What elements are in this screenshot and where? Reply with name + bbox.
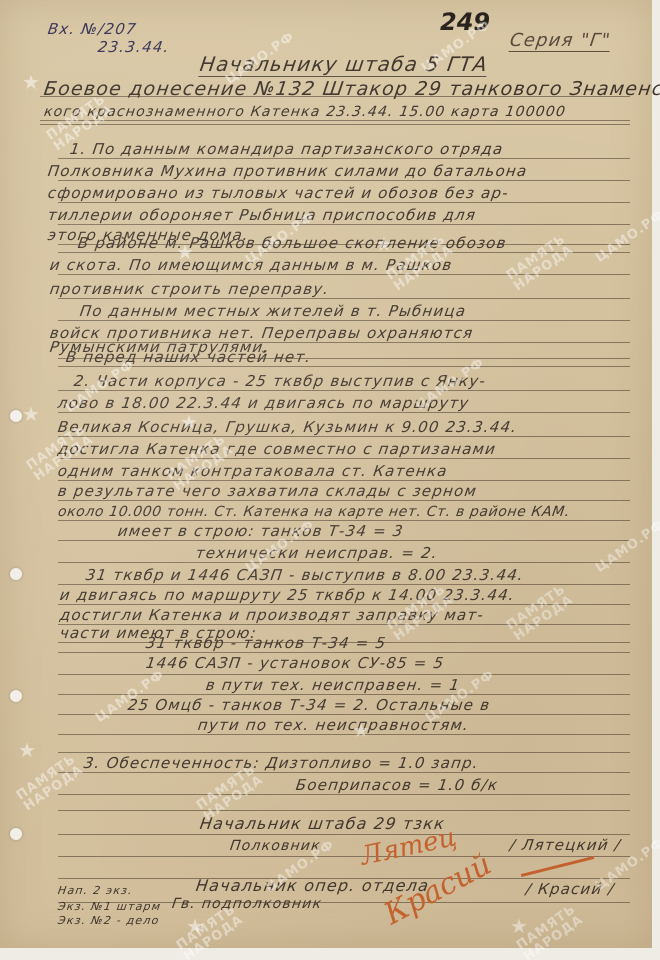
body-line: достигла Катенка где совместно с партиза… [57,440,498,458]
body-line: 31 тквбр и 1446 САЗП - выступив в 8.00 2… [85,566,526,584]
watermark: ЦАМО.РФ [594,208,660,265]
body-line: в пути тех. неисправен. = 1 [205,676,462,694]
star-icon: ★ [352,718,370,742]
ruled-line [40,124,630,125]
chief-of-staff-title: Начальник штаба 29 тзкк [199,814,447,833]
body-line: По данным местных жителей в т. Рыбница [79,302,468,320]
chief-of-staff-name: / Лятецкий / [509,836,623,854]
body-line: Великая Косница, Грушка, Кузьмин к 9.00 … [57,418,519,436]
document-page: Вх. №/207 23.3.44. 249 Серия "Г" Начальн… [0,0,652,948]
star-icon: ★ [22,402,40,426]
body-line: Полковника Мухина противник силами до ба… [47,162,529,180]
punch-hole [10,828,22,840]
body-line: технически неисправ. = 2. [195,544,439,562]
ruled-line [40,96,630,97]
report-title-line2: кого краснознаменного Катенка 23.3.44. 1… [43,104,567,120]
footer-note: Экз. №2 - дело [57,914,160,927]
body-line: в результате чего захватила склады с зер… [57,482,479,500]
body-line: сформировано из тыловых частей и обозов … [47,184,510,202]
body-line: В перед наших частей нет. [65,348,313,366]
incoming-stamp-date: 23.3.44. [97,38,171,56]
punch-hole [10,690,22,702]
watermark: ЦАМО.РФ [594,518,660,575]
body-line: Боеприпасов = 1.0 б/к [295,776,500,794]
body-line: около 10.000 тонн. Ст. Катенка на карте … [57,504,571,520]
body-line: 1446 САЗП - установок СУ-85 = 5 [145,654,446,672]
star-icon: ★ [176,240,194,264]
incoming-stamp-number: Вх. №/207 [47,20,138,38]
ruled-line [40,120,630,121]
series-label: Серия "Г" [508,30,612,52]
punch-hole [10,568,22,580]
body-line: лово в 18.00 22.3.44 и двигаясь по маршр… [57,394,471,412]
star-icon: ★ [180,410,198,434]
body-line: 3. Обеспеченность: Дизтопливо = 1.0 запр… [83,754,480,772]
star-icon: ★ [22,70,40,94]
body-line: противник строить переправу. [49,280,331,298]
body-line: 2. Части корпуса - 25 тквбр выступив с Я… [73,372,488,390]
star-icon: ★ [375,232,393,256]
punch-hole [10,410,22,422]
body-line: имеет в строю: танков Т-34 = 3 [117,522,405,540]
footer-note: Экз. №1 штарм [57,900,162,913]
body-line: 1. По данным командира партизанского отр… [69,140,505,158]
signature-stroke [521,856,594,877]
body-line: одним танком контратаковала ст. Катенка [57,462,449,480]
watermark: ПАМЯТЬ НАРОДА [500,229,580,296]
star-icon: ★ [18,738,36,762]
star-icon: ★ [186,914,204,938]
footer-note: Нап. 2 экз. [57,884,134,897]
body-line: 31 тквбр - танков Т-34 = 5 [145,634,388,652]
star-icon: ★ [510,914,528,938]
ops-chief-rank: Гв. подполковник [171,896,323,912]
body-line: тиллерии обороняет Рыбница приспособив д… [47,206,478,224]
